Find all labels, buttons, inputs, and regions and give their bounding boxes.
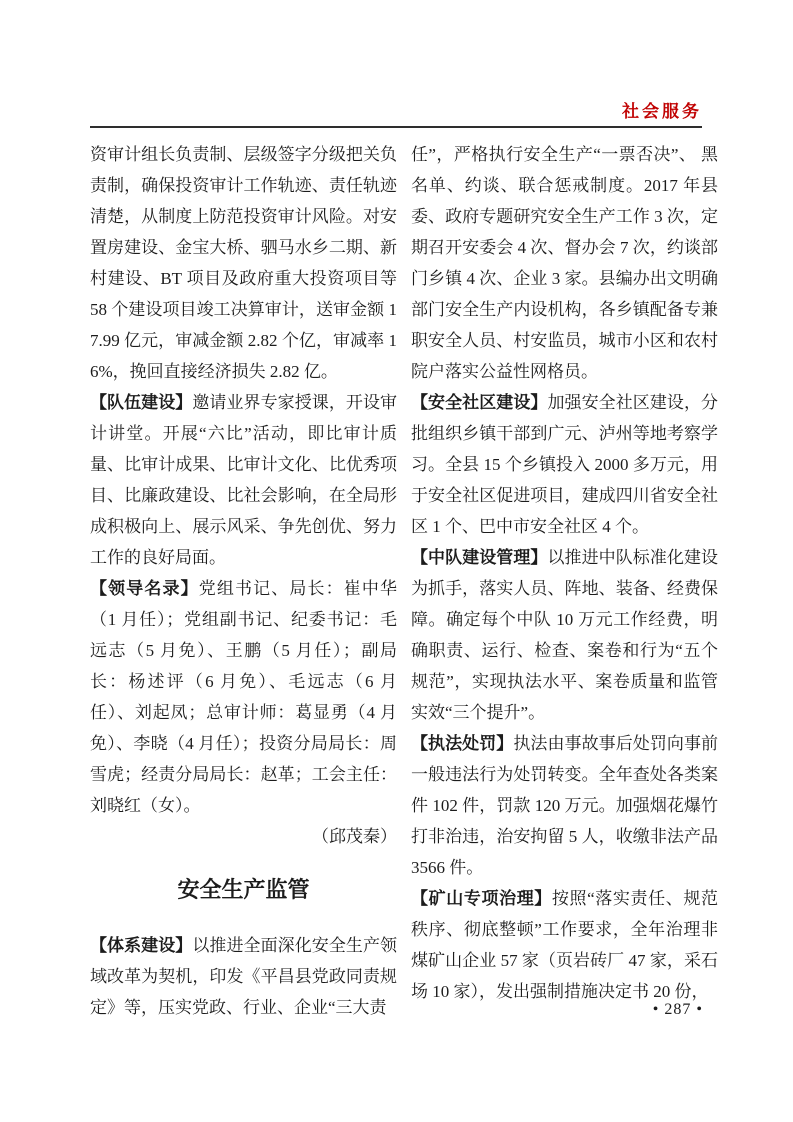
paragraph-continuation: 任”，严格执行安全生产“一票否决”、 黑名单、约谈、联合惩戒制度。2017 年县… — [411, 139, 718, 387]
left-column: 资审计组长负责制、层级签字分级把关负责制，确保投资审计工作轨迹、责任轨迹清楚，从… — [90, 139, 397, 1023]
entry-tag: 【安全社区建设】 — [411, 393, 547, 412]
entry-tag: 【执法处罚】 — [411, 734, 513, 753]
document-page: 社会服务 资审计组长负责制、层级签字分级把关负责制，确保投资审计工作轨迹、责任轨… — [0, 0, 793, 1122]
entry-tag: 【矿山专项治理】 — [411, 889, 552, 908]
paragraph: 【矿山专项治理】按照“落实责任、规范秩序、彻底整顿”工作要求，全年治理非煤矿山企… — [411, 883, 718, 1007]
page-number: • 287 • — [0, 1001, 703, 1019]
entry-tag: 【中队建设管理】 — [411, 548, 547, 567]
section-heading: 安全生产监管 — [90, 852, 397, 930]
paragraph-text: 加强安全社区建设，分批组织乡镇干部到广元、泸州等地考察学习。全县 15 个乡镇投… — [411, 393, 718, 536]
paragraph-text: 以推进中队标准化建设为抓手，落实人员、阵地、装备、经费保障。确定每个中队 10 … — [411, 548, 718, 722]
paragraph-continuation: 资审计组长负责制、层级签字分级把关负责制，确保投资审计工作轨迹、责任轨迹清楚，从… — [90, 139, 397, 387]
paragraph: 【领导名录】党组书记、局长：崔中华（1 月任）；党组副书记、纪委书记：毛远志（5… — [90, 573, 397, 821]
paragraph: 【安全社区建设】加强安全社区建设，分批组织乡镇干部到广元、泸州等地考察学习。全县… — [411, 387, 718, 542]
entry-tag: 【体系建设】 — [90, 936, 192, 955]
paragraph-text: 任”，严格执行安全生产“一票否决”、 黑名单、约谈、联合惩戒制度。2017 年县… — [411, 145, 718, 381]
entry-tag: 【领导名录】 — [90, 579, 199, 598]
entry-tag: 【队伍建设】 — [90, 393, 192, 412]
paragraph: 【队伍建设】邀请业界专家授课，开设审计讲堂。开展“六比”活动，即比审计质量、比审… — [90, 387, 397, 573]
section-label: 社会服务 — [622, 102, 702, 121]
author-byline: （邱茂秦） — [90, 821, 397, 852]
paragraph: 【中队建设管理】以推进中队标准化建设为抓手，落实人员、阵地、装备、经费保障。确定… — [411, 542, 718, 728]
paragraph: 【执法处罚】执法由事故事后处罚向事前一般违法行为处罚转变。全年查处各类案件 10… — [411, 728, 718, 883]
text-columns: 资审计组长负责制、层级签字分级把关负责制，确保投资审计工作轨迹、责任轨迹清楚，从… — [90, 139, 718, 1023]
right-column: 任”，严格执行安全生产“一票否决”、 黑名单、约谈、联合惩戒制度。2017 年县… — [411, 139, 718, 1023]
running-head: 社会服务 — [90, 97, 702, 128]
paragraph-text: 党组书记、局长：崔中华（1 月任）；党组副书记、纪委书记：毛远志（5 月免）、王… — [90, 579, 397, 815]
paragraph-text: 资审计组长负责制、层级签字分级把关负责制，确保投资审计工作轨迹、责任轨迹清楚，从… — [90, 145, 397, 381]
paragraph-text: 执法由事故事后处罚向事前一般违法行为处罚转变。全年查处各类案件 102 件，罚款… — [411, 734, 718, 877]
paragraph-text: 邀请业界专家授课，开设审计讲堂。开展“六比”活动，即比审计质量、比审计成果、比审… — [90, 393, 397, 567]
